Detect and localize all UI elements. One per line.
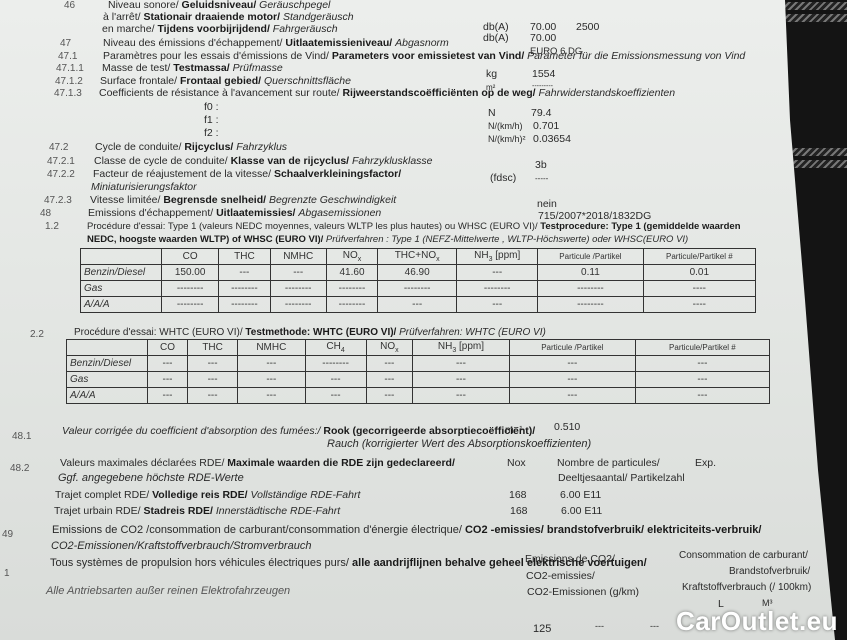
unit: N [488,107,496,120]
nox-header: Nox [507,457,526,470]
row-number: 1.2 [45,220,59,233]
column-header: THC [219,249,270,265]
table-cell: -------- [326,281,377,297]
table-cell: --- [413,372,510,388]
column-header [67,340,148,356]
table-cell: --- [509,388,635,404]
table-cell: -------- [162,281,219,297]
table-cell: ---- [643,297,755,313]
unit: kg [486,68,497,81]
smoke-label: Valeur corrigée du coefficient d'absorpt… [62,425,535,438]
f0-label: f0 : [204,101,219,114]
rde-complete-particles: 6.00 E11 [560,489,601,502]
row-number: 46 [64,0,75,12]
rde-urban-label: Trajet urbain RDE/ Stadreis RDE/ Innerst… [54,505,340,518]
row-number: 49 [2,528,13,541]
column-header: THC [188,340,238,356]
row-number: 47.1.3 [54,87,82,100]
table-cell: -------- [219,281,270,297]
table-cell: 46.90 [378,265,457,281]
fuel-header-3: Kraftstoffverbrauch (/ 100km) [682,581,811,594]
row-number: 47.1.1 [56,62,84,75]
table-row: A/A/A------------------------ [67,388,770,404]
dash: --- [650,620,659,633]
table-cell: -------- [162,297,219,313]
column-header: NOx [326,249,377,265]
table-cell: -------- [378,281,457,297]
table-cell: -------- [457,281,538,297]
column-header: NOx [366,340,412,356]
exhaust-emissions-label: Emissions d'échappement/ Uitlaatemissies… [88,207,381,220]
table-cell: --- [148,388,188,404]
driveby-noise-value: 70.00 [530,32,556,45]
table-row: Gas-------------------------------------… [81,281,756,297]
table-cell: -------- [538,281,644,297]
table-cell: --- [366,372,412,388]
table-cell: --- [188,372,238,388]
f0-value: 79.4 [531,107,551,120]
smoke-label-de: Rauch (korrigierter Wert des Absorptions… [327,438,591,451]
row-number: 47.2.2 [47,168,75,181]
column-header: CO [162,249,219,265]
table-cell: --- [509,372,635,388]
driveby-noise-label: en marche/ Tijdens voorbijrijdend/ Fahrg… [102,23,338,36]
table-cell: -------- [270,297,326,313]
column-header: Particule/Partikel # [643,249,755,265]
table-cell: --- [457,297,538,313]
row-number: 48.1 [12,430,31,443]
emissions-table-type1: COTHCNMHCNOxTHC+NOxNH3 [ppm]Particule /P… [80,248,756,313]
co2-header-3: CO2-Emissionen (g/km) [527,586,639,599]
row-number: 1 [4,567,10,580]
table-header-row: COTHCNMHCCH4NOxNH3 [ppm]Particule /Parti… [67,340,770,356]
table-cell: --- [219,265,270,281]
table-cell: --- [366,388,412,404]
column-header: NH3 [ppm] [457,249,538,265]
column-header: Particule /Partikel [509,340,635,356]
row-number: 47.2.1 [47,155,75,168]
cycle-class-value: 3b [535,159,547,172]
co2-label-de: CO2-Emissionen/Kraftstoffverbrauch/Strom… [51,540,311,553]
table-row: Benzin/Diesel150.00------41.6046.90---0.… [81,265,756,281]
row-number: 47.2.3 [44,194,72,207]
co2-label: Emissions de CO2 /consommation de carbur… [52,524,762,537]
speed-factor-value: ----- [535,172,548,185]
rde-urban-nox: 168 [510,505,528,518]
unit: m⁻¹ [505,424,523,437]
table-header-row: COTHCNMHCNOxTHC+NOxNH3 [ppm]Particule /P… [81,249,756,265]
row-number: 47 [60,37,71,50]
table-cell: --- [270,265,326,281]
f1-label: f1 : [204,114,219,127]
road-load-coeff-label: Coefficients de résistance à l'avancemen… [99,87,675,100]
table-cell: --- [148,356,188,372]
table-cell: --- [457,265,538,281]
table-cell: 150.00 [162,265,219,281]
rde-urban-particles: 6.00 E11 [561,505,602,518]
table-cell: --- [413,388,510,404]
rde-max-de: Ggf. angegebene höchste RDE-Werte [58,472,244,485]
row-label: A/A/A [81,297,162,313]
table-cell: --- [635,388,769,404]
limited-speed-label: Vitesse limitée/ Begrensde snelheid/ Beg… [90,194,396,207]
co2-value: 125 [533,623,551,636]
rde-complete-label: Trajet complet RDE/ Volledige reis RDE/ … [55,489,360,502]
particles-header: Nombre de particules/ [557,457,660,470]
row-label: Gas [67,372,148,388]
table-cell: --- [238,372,305,388]
column-header: CO [148,340,188,356]
column-header: THC+NOx [378,249,457,265]
co2-header-2: CO2-emissies/ [526,570,595,583]
unit: db(A) [483,32,509,45]
row-label: A/A/A [67,388,148,404]
co2-header-1: Emissions de CO2/ [525,553,615,566]
table-cell: --- [238,356,305,372]
rde-max-label: Valeurs maximales déclarées RDE/ Maximal… [60,457,455,470]
table-cell: --- [188,388,238,404]
test-procedure-label: Procédure d'essai: Type 1 (valeurs NEDC … [87,220,741,233]
table-cell: -------- [270,281,326,297]
row-label: Benzin/Diesel [67,356,148,372]
table-cell: -------- [219,297,270,313]
emission-level-label: Niveau des émissions d'échappement/ Uitl… [103,37,449,50]
column-header: NMHC [238,340,305,356]
speed-factor-de: Miniaturisierungsfaktor [91,181,197,194]
fuel-header-2: Brandstofverbruik/ [729,565,810,578]
column-header [81,249,162,265]
speed-factor-label: Facteur de réajustement de la vitesse/ S… [93,168,401,181]
rde-complete-nox: 168 [509,489,527,502]
row-number: 48.2 [10,462,29,475]
table-cell: --- [366,356,412,372]
table-cell: --- [413,356,510,372]
emissions-table-whtc: COTHCNMHCCH4NOxNH3 [ppm]Particule /Parti… [66,339,770,404]
table-cell: --- [635,372,769,388]
exp-header: Exp. [695,457,716,470]
table-cell: 0.01 [643,265,755,281]
fuel-header-1: Consommation de carburant/ [679,549,808,562]
smoke-value: 0.510 [554,421,580,434]
table-row: Benzin/Diesel---------------------------… [67,356,770,372]
column-header: CH4 [305,340,366,356]
table-cell: --- [509,356,635,372]
f2-label: f2 : [204,127,219,140]
column-header: Particule/Partikel # [635,340,769,356]
caroutlet-watermark: CarOutlet.eu [676,606,838,637]
table-cell: --- [238,388,305,404]
f1-value: 0.701 [533,120,559,133]
test-mass-label: Masse de test/ Testmassa/ Prüfmasse [102,62,283,75]
driving-cycle-label: Cycle de conduite/ Rijcyclus/ Fahrzyklus [95,141,287,154]
table-cell: ---- [643,281,755,297]
table-cell: --- [635,356,769,372]
test-procedure-label-2: NEDC, hoogste waarden WLTP) of WHSC (EUR… [87,233,688,246]
column-header: NH3 [ppm] [413,340,510,356]
column-header: NMHC [270,249,326,265]
row-label: Gas [81,281,162,297]
coc-document-page: 46 Niveau sonore/ Geluidsniveau/ Geräusc… [0,0,847,640]
table-cell: --- [305,372,366,388]
unit: (fdsc) [490,172,516,185]
table-cell: 41.60 [326,265,377,281]
column-header: Particule /Partikel [538,249,644,265]
row-number: 48 [40,207,51,220]
row-number: 2.2 [30,328,44,341]
row-number: 47.2 [49,141,68,154]
table-row: A/A/A-----------------------------------… [81,297,756,313]
particles-header-2: Deeltjesaantal/ Partikelzahl [558,472,685,485]
f2-value: 0.03654 [533,133,571,146]
stationary-noise-rpm: 2500 [576,21,599,34]
cycle-class-label: Classe de cycle de conduite/ Klasse van … [94,155,433,168]
table-row: Gas------------------------ [67,372,770,388]
whtc-procedure-label: Procédure d'essai: WHTC (EURO VI)/ Testm… [74,326,546,339]
table-cell: 0.11 [538,265,644,281]
propulsion-label-de: Alle Antriebsarten außer reinen Elektrof… [46,585,290,598]
table-cell: -------- [326,297,377,313]
table-cell: --- [378,297,457,313]
table-cell: -------- [305,356,366,372]
table-cell: --- [148,372,188,388]
table-cell: -------- [538,297,644,313]
table-cell: --- [305,388,366,404]
unit: N/(km/h)² [488,133,526,146]
table-cell: --- [188,356,238,372]
unit: N/(km/h) [488,120,523,133]
dash: --- [595,620,604,633]
row-label: Benzin/Diesel [81,265,162,281]
